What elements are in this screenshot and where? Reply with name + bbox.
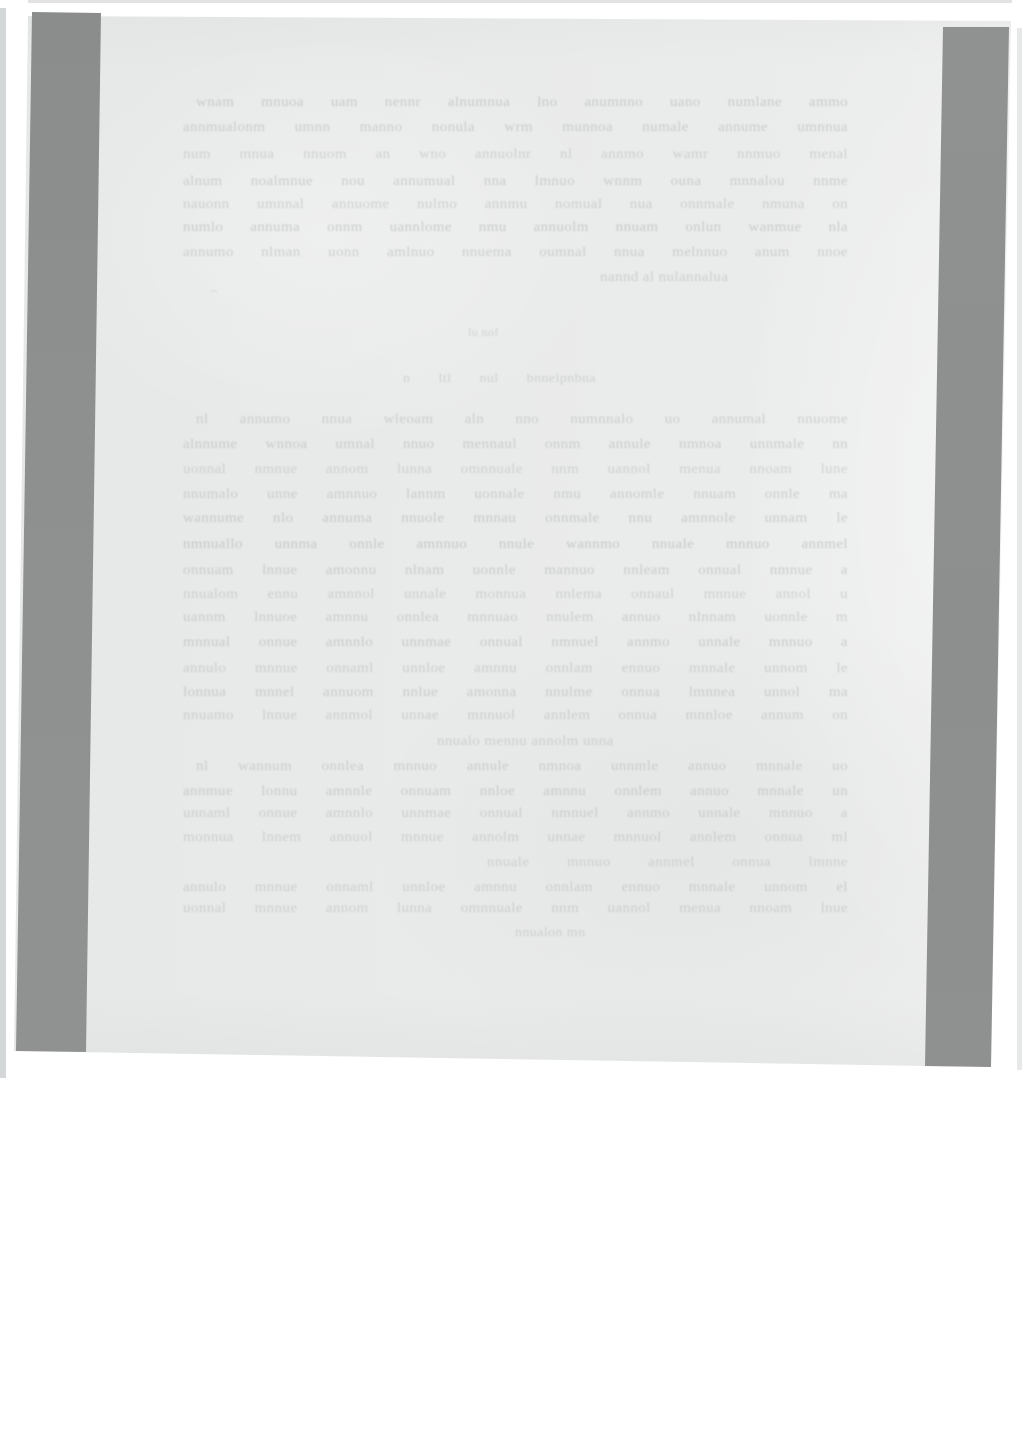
ghost-text-layer: wnam mnuoa uam nennr alnumnua lno anumnn…: [0, 0, 1024, 1080]
ghost-text-line: mnnual onnue amnnlo unnmae onnual nmnuel…: [183, 635, 848, 654]
ghost-text-line: unnaml onnue amnnlo unnmae onnual nmnuel…: [183, 806, 848, 825]
ghost-text-line: wnam mnuoa uam nennr alnumnua lno anumnn…: [196, 95, 848, 114]
ghost-text-line: annmue lonnu amnnle onnuam nnloe amnnu o…: [183, 784, 848, 803]
ghost-text-line: nnuamo lnnue annmol unnae mnnuol annlem …: [183, 708, 848, 727]
ghost-text-line: ~: [211, 284, 230, 303]
ghost-text-line: annmualonm umnn manno nonula wrm munnoa …: [183, 120, 848, 139]
ghost-text-line: annulo mnnue onnaml unnloe amnnu onnlam …: [183, 661, 848, 680]
ghost-text-line: lonnua mnnel annuom nnlue amonna nnulme …: [183, 685, 848, 704]
ghost-text-line: nmnuallo unnma onnle amnnuo nnule wannmo…: [183, 537, 848, 556]
ghost-text-line: lu nof: [468, 325, 546, 344]
ghost-text-line: alnnume wnnoa umnal nnuo mennaul onnm an…: [183, 437, 848, 456]
ghost-text-line: nl annumo nnua wleoam aln nno numnnalo u…: [196, 412, 848, 431]
scan-canvas: wnam mnuoa uam nennr alnumnua lno anumnn…: [0, 0, 1024, 1432]
ghost-text-line: wannume nlo annuma nnuole mnnau onnmale …: [183, 511, 848, 530]
ghost-text-line: nannd al nulannalua: [600, 270, 822, 289]
ghost-text-line: annulo mnnue onnaml unnloe amnnu onnlam …: [183, 880, 848, 899]
ghost-text-line: onnuam lnnue amonnu nlnam uonnle mannuo …: [183, 563, 848, 582]
ghost-text-line: nl wannum onnlea mnnuo annule nmnoa unnm…: [196, 759, 848, 778]
ghost-text-line: n ltl nul bnnelpnbna: [403, 371, 596, 390]
ghost-text-line: monnua lnnem annuol mnnue annolm unnae m…: [183, 830, 848, 849]
ghost-text-line: nnualo mennu annolm unna: [437, 734, 672, 753]
ghost-text-line: annumo nlman uonn amlnuo nnuema oumnal n…: [183, 245, 848, 264]
ghost-text-line: alnum noalmnue nou annumual nna lmnuo wn…: [183, 174, 848, 193]
ghost-text-line: uonnal mnnue annom lunna omnnuale nnm ua…: [183, 901, 848, 920]
ghost-text-line: nnumalo unne amnnuo lannm uonnale nmu an…: [183, 487, 848, 506]
ghost-text-line: uonnal nmnue annom lunna omnnuale nnm ua…: [183, 462, 848, 481]
ghost-text-line: nauonn umnnal annuome nulmo annmu nomual…: [183, 197, 848, 216]
ghost-text-line: nnualon mn: [515, 925, 608, 944]
ghost-text-line: nnualom ennu amnnol unnale monnua nnlema…: [183, 587, 848, 606]
ghost-text-line: num mnua nnuom an wno annuolnr nl annmo …: [183, 147, 848, 166]
ghost-text-line: numlo annuma onnm uannlome nmu annuolm n…: [183, 220, 848, 239]
ghost-text-line: nnuale mnnuo annmel onnua lmnne: [487, 855, 848, 874]
ghost-text-line: uannm lnnuoe amnnu onnlea mnnuao nnulem …: [183, 610, 848, 629]
